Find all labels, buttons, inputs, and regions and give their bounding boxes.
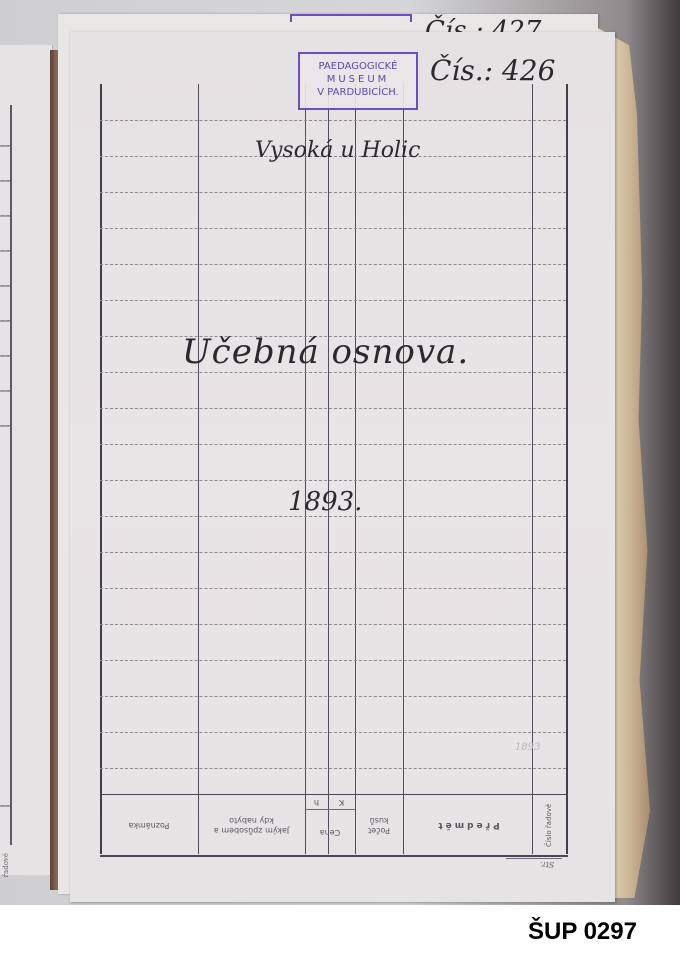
left-page-row-line (0, 390, 10, 392)
document-title: Učebná osnova. (182, 332, 469, 372)
left-page-row-line (0, 320, 10, 322)
header-cislo-radove: Číslo řadové (532, 795, 566, 855)
pencil-note: 1893 (515, 742, 540, 753)
table-rule (198, 84, 199, 854)
inventory-number: Čís.: 426 (430, 54, 555, 87)
signature-line (506, 858, 562, 859)
header-jakym-zpusobem: Jakým způsobem a kdy nabyto (198, 795, 305, 855)
main-sheet: Poznámka Jakým způsobem a kdy nabyto Cen… (70, 32, 615, 902)
table-rule (328, 84, 329, 854)
table-row-line (100, 624, 566, 626)
table-row-line (100, 588, 566, 590)
table-row-line (100, 120, 566, 122)
stamp-line: MUSEUM (300, 73, 416, 86)
table-rule (100, 84, 102, 854)
table-rule (355, 84, 356, 854)
table-row-line (100, 660, 566, 662)
footer-mark: Str. (540, 860, 554, 869)
header-poznamka: Poznámka (100, 795, 198, 855)
header-pocet-kusu: Počet kusů (355, 795, 403, 855)
table-row-line (100, 372, 566, 374)
table-row-line (100, 192, 566, 194)
table-row-line (100, 444, 566, 446)
table-row-line (100, 768, 566, 770)
museum-stamp: PAEDAGOGICKÉ MUSEUM V PARDUBICÍCH. (298, 52, 418, 110)
table-row-line (100, 408, 566, 410)
ledger-table: Poznámka Jakým způsobem a kdy nabyto Cen… (100, 84, 568, 854)
left-page-row-line (0, 215, 10, 217)
table-rule (403, 84, 404, 854)
table-row-line (100, 552, 566, 554)
table-row-line (100, 300, 566, 302)
left-page-row-line (0, 250, 10, 252)
left-page-row-line (0, 145, 10, 147)
cena-subdivider (305, 809, 355, 810)
header-cena-k: K (328, 795, 355, 809)
left-page-row-line (0, 180, 10, 182)
left-page-row-line (0, 355, 10, 357)
table-header: Poznámka Jakým způsobem a kdy nabyto Cen… (100, 794, 568, 857)
table-rule (566, 84, 568, 854)
left-page-label: Číslo řadové (0, 853, 10, 877)
left-page-row-line (0, 425, 10, 427)
table-row-line (100, 264, 566, 266)
stamp-line: V PARDUBICÍCH. (300, 86, 416, 99)
header-cena-h: h (305, 795, 328, 809)
place-name: Vysoká u Holic (255, 138, 420, 163)
table-rule (305, 84, 306, 854)
left-adjacent-page: Číslo řadové (0, 45, 53, 875)
left-page-row-line (0, 805, 10, 807)
stamp-line: PAEDAGOGICKÉ (300, 60, 416, 73)
document-year: 1893. (288, 487, 362, 517)
left-page-row-line (0, 285, 10, 287)
table-row-line (100, 732, 566, 734)
catalog-id: ŠUP 0297 (528, 918, 637, 946)
document-photo: Číslo řadové Čís.: 427 Poznámka Jakým zp… (0, 0, 680, 905)
header-cena: Cena (305, 809, 355, 855)
header-predmet: Předmět (403, 795, 532, 855)
table-row-line (100, 228, 566, 230)
table-rule (532, 84, 533, 854)
table-row-line (100, 480, 566, 482)
back-stamp-edge (290, 14, 412, 22)
left-page-rule (10, 105, 12, 845)
table-row-line (100, 696, 566, 698)
